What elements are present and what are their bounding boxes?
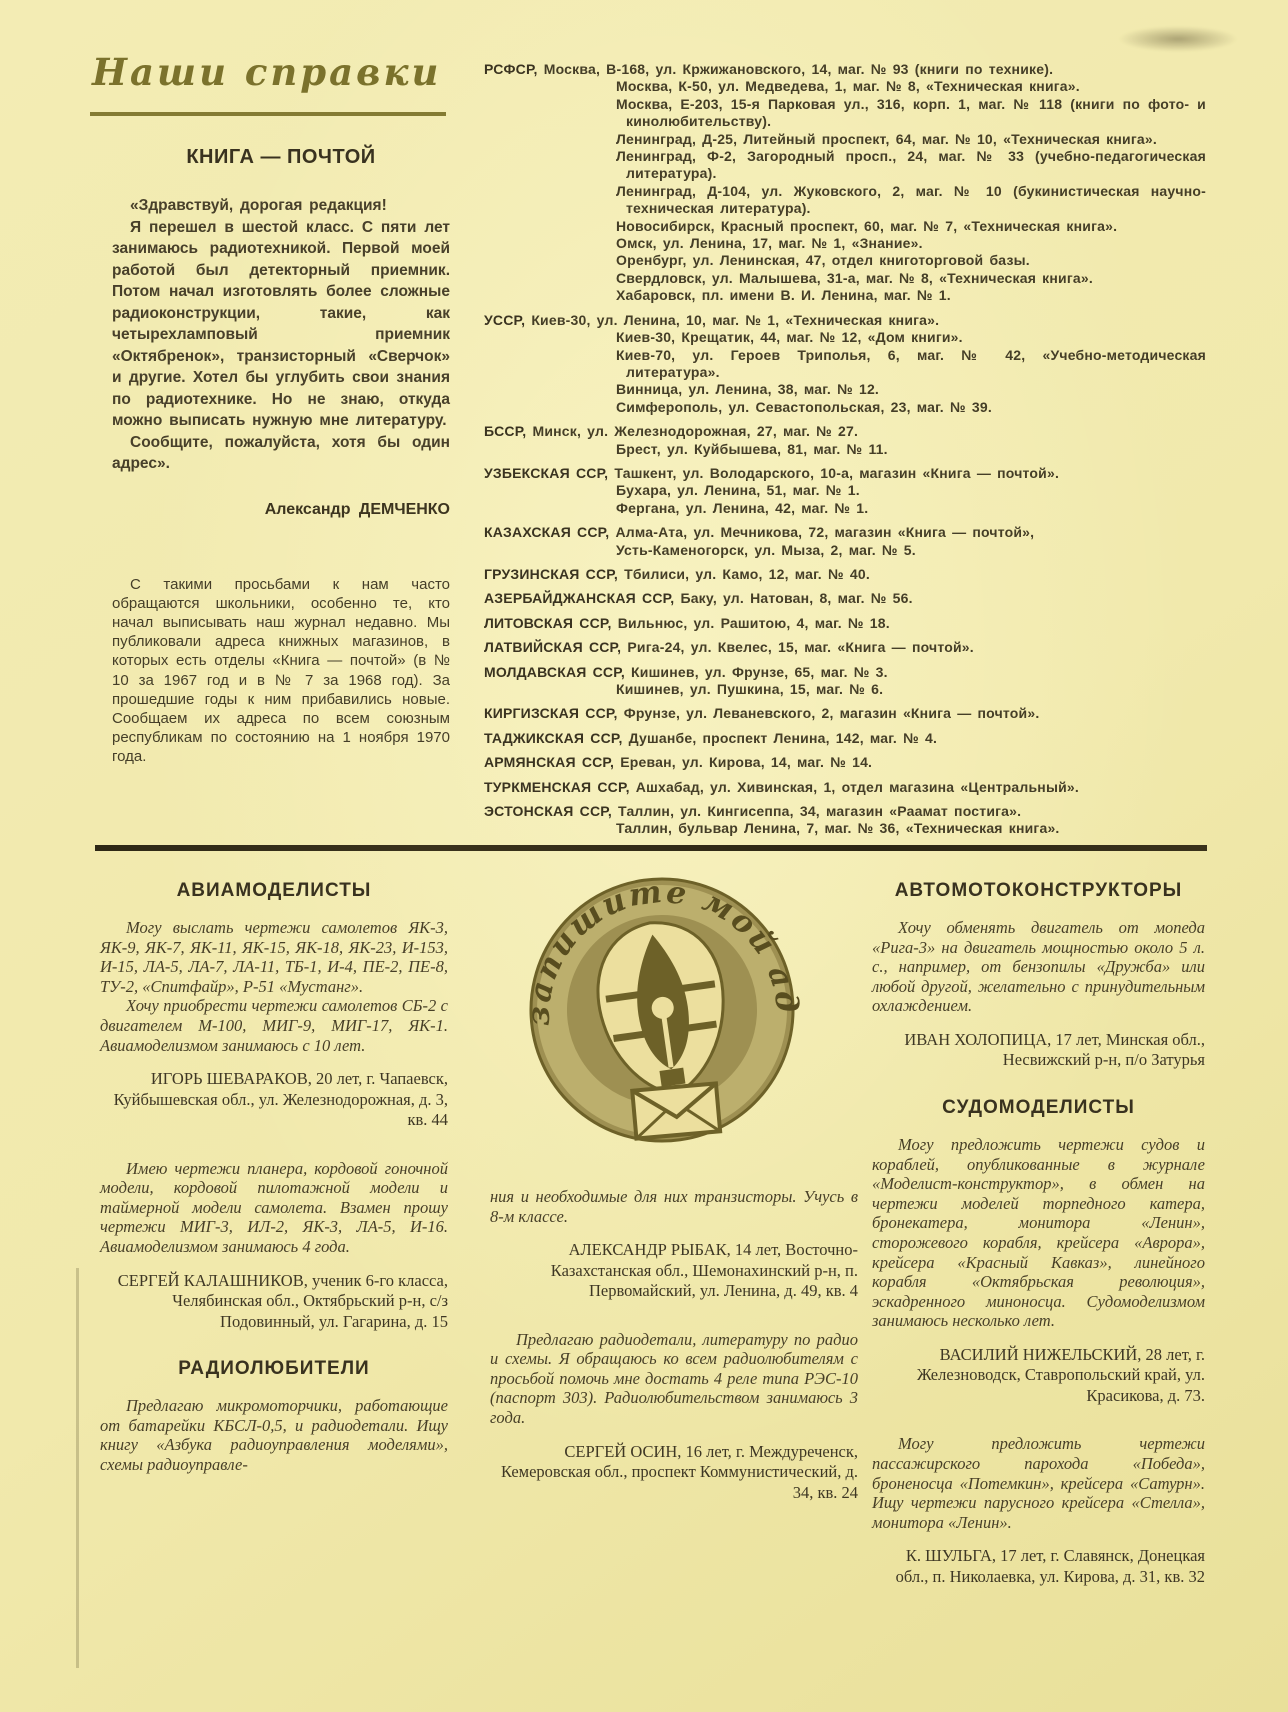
address-city-row: Москва, Е-203, 15-я Парковая ул., 316, к… bbox=[484, 96, 1206, 131]
region-name: ГРУЗИНСКАЯ ССР, bbox=[484, 566, 624, 582]
ad-paragraph: Предлагаю радиодетали, литературу по рад… bbox=[490, 1330, 858, 1428]
address-city-row: Хабаровск, пл. имени В. И. Ленина, маг. … bbox=[484, 287, 1206, 304]
ad-signature: ИВАН ХОЛОПИЦА, 17 лет, Минская обл., Нес… bbox=[872, 1030, 1205, 1071]
address-region-row: АЗЕРБАЙДЖАНСКАЯ ССР, Баку, ул. Натован, … bbox=[484, 590, 1206, 607]
bottom-middle-column: запишите мой адрес ния и необходимые для… bbox=[490, 858, 858, 1503]
ad-paragraph: ния и необходимые для них транзисторы. У… bbox=[490, 1187, 858, 1226]
address-city-row: Кишинев, ул. Пушкина, 15, маг. № 6. bbox=[484, 681, 1206, 698]
region-name: ТУРКМЕНСКАЯ ССР, bbox=[484, 779, 636, 795]
letter-paragraph: «Здравствуй, дорогая редакция! bbox=[112, 195, 450, 217]
address-region-row: РСФСР, Москва, В-168, ул. Кржижановского… bbox=[484, 61, 1206, 78]
masthead-rule bbox=[90, 112, 446, 116]
address-region-row: ГРУЗИНСКАЯ ССР, Тбилиси, ул. Камо, 12, м… bbox=[484, 566, 1206, 583]
address-region-row: КАЗАХСКАЯ ССР, Алма-Ата, ул. Мечникова, … bbox=[484, 524, 1206, 541]
scan-edge-line bbox=[76, 1268, 79, 1668]
region-name: АЗЕРБАЙДЖАНСКАЯ ССР, bbox=[484, 590, 680, 606]
address-region-row: БССР, Минск, ул. Железнодорожная, 27, ма… bbox=[484, 423, 1206, 440]
address-city-row: Бухара, ул. Ленина, 51, маг. № 1. bbox=[484, 482, 1206, 499]
address-city-row: Таллин, бульвар Ленина, 7, маг. № 36, «Т… bbox=[484, 820, 1206, 837]
address-city-row: Киев-70, ул. Героев Триполья, 6, маг. № … bbox=[484, 347, 1206, 382]
section-label: Наши справки bbox=[92, 50, 441, 94]
letter-paragraph: Сообщите, пожалуйста, хотя бы один адрес… bbox=[112, 432, 450, 475]
address-city-row: Омск, ул. Ленина, 17, маг. № 1, «Знание»… bbox=[484, 235, 1206, 252]
middle-column-text: ния и необходимые для них транзисторы. У… bbox=[490, 1187, 858, 1503]
region-name: УЗБЕКСКАЯ ССР, bbox=[484, 465, 614, 481]
letter-body: «Здравствуй, дорогая редакция!Я перешел … bbox=[112, 195, 450, 475]
address-city-row: Ленинград, Ф-2, Загородный просп., 24, м… bbox=[484, 148, 1206, 183]
address-region-row: УЗБЕКСКАЯ ССР, Ташкент, ул. Володарского… bbox=[484, 465, 1206, 482]
address-city-row: Усть-Каменогорск, ул. Мыза, 2, маг. № 5. bbox=[484, 542, 1206, 559]
section-heading: РАДИОЛЮБИТЕЛИ bbox=[100, 1358, 448, 1380]
bottom-left-column: АВИАМОДЕЛИСТЫМогу выслать чертежи самоле… bbox=[100, 876, 448, 1475]
address-city-row: Симферополь, ул. Севастопольская, 23, ма… bbox=[484, 399, 1206, 416]
ad-paragraph: Предлагаю микромоторчики, работающие от … bbox=[100, 1396, 448, 1474]
ad-signature: СЕРГЕЙ КАЛАШНИКОВ, ученик 6-го класса, Ч… bbox=[100, 1271, 448, 1333]
section-heading: СУДОМОДЕЛИСТЫ bbox=[872, 1097, 1205, 1119]
region-name: ТАДЖИКСКАЯ ССР, bbox=[484, 730, 629, 746]
region-name: КАЗАХСКАЯ ССР, bbox=[484, 524, 615, 540]
address-region-row: МОЛДАВСКАЯ ССР, Кишинев, ул. Фрунзе, 65,… bbox=[484, 664, 1206, 681]
ad-paragraph: Могу выслать чертежи самолетов ЯК-3, ЯК-… bbox=[100, 918, 448, 996]
region-name: ЭСТОНСКАЯ ССР, bbox=[484, 803, 618, 819]
magazine-page: Наши справки КНИГА — ПОЧТОЙ «Здравствуй,… bbox=[0, 0, 1288, 1712]
address-city-row: Оренбург, ул. Ленинская, 47, отдел книго… bbox=[484, 252, 1206, 269]
ad-signature: СЕРГЕЙ ОСИН, 16 лет, г. Междуреченск, Ке… bbox=[490, 1442, 858, 1504]
region-name: АРМЯНСКАЯ ССР, bbox=[484, 754, 620, 770]
address-list: РСФСР, Москва, В-168, ул. Кржижановского… bbox=[484, 54, 1206, 838]
region-name: БССР, bbox=[484, 423, 532, 439]
address-region-row: ЛИТОВСКАЯ ССР, Вильнюс, ул. Рашитою, 4, … bbox=[484, 615, 1206, 632]
ad-signature: ВАСИЛИЙ НИЖЕЛЬСКИЙ, 28 лет, г. Железново… bbox=[872, 1345, 1205, 1407]
letter-signature: Александр ДЕМЧЕНКО bbox=[112, 501, 450, 519]
address-region-row: ТАДЖИКСКАЯ ССР, Душанбе, проспект Ленина… bbox=[484, 730, 1206, 747]
address-region-row: УССР, Киев-30, ул. Ленина, 10, маг. № 1,… bbox=[484, 312, 1206, 329]
address-city-row: Фергана, ул. Ленина, 42, маг. № 1. bbox=[484, 500, 1206, 517]
ad-signature: АЛЕКСАНДР РЫБАК, 14 лет, Восточно-Казахс… bbox=[490, 1240, 858, 1302]
article-title: КНИГА — ПОЧТОЙ bbox=[112, 146, 450, 169]
address-city-row: Москва, К-50, ул. Медведева, 1, маг. № 8… bbox=[484, 78, 1206, 95]
kniga-pochtoy-article: КНИГА — ПОЧТОЙ «Здравствуй, дорогая реда… bbox=[112, 146, 450, 767]
section-heading: АВТОМОТОКОНСТРУКТОРЫ bbox=[872, 880, 1205, 902]
ad-paragraph: Могу предложить чертежи пассажирского па… bbox=[872, 1434, 1205, 1532]
address-city-row: Ленинград, Д-104, ул. Жуковского, 2, маг… bbox=[484, 183, 1206, 218]
address-region-row: АРМЯНСКАЯ ССР, Ереван, ул. Кирова, 14, м… bbox=[484, 754, 1206, 771]
address-region-row: ТУРКМЕНСКАЯ ССР, Ашхабад, ул. Хивинская,… bbox=[484, 779, 1206, 796]
address-city-row: Свердловск, ул. Малышева, 31-а, маг. № 8… bbox=[484, 270, 1206, 287]
ad-paragraph: Имею чертежи планера, кордовой гоночной … bbox=[100, 1159, 448, 1257]
address-city-row: Ленинград, Д-25, Литейный проспект, 64, … bbox=[484, 131, 1206, 148]
scan-smudge bbox=[1118, 26, 1238, 52]
address-region-row: ЭСТОНСКАЯ ССР, Таллин, ул. Кингисеппа, 3… bbox=[484, 803, 1206, 820]
address-city-row: Брест, ул. Куйбышева, 81, маг. № 11. bbox=[484, 441, 1206, 458]
ad-paragraph: Хочу обменять двигатель от мопеда «Рига-… bbox=[872, 918, 1205, 1016]
region-name: РСФСР, bbox=[484, 61, 544, 77]
letter-paragraph: Я перешел в шестой класс. С пяти лет зан… bbox=[112, 217, 450, 432]
envelope-icon bbox=[632, 1083, 720, 1138]
bottom-right-column: АВТОМОТОКОНСТРУКТОРЫХочу обменять двигат… bbox=[872, 876, 1205, 1587]
ad-signature: ИГОРЬ ШЕВАРАКОВ, 20 лет, г. Чапаевск, Ку… bbox=[100, 1069, 448, 1131]
section-heading: АВИАМОДЕЛИСТЫ bbox=[100, 880, 448, 902]
address-city-row: Киев-30, Крещатик, 44, маг. № 12, «Дом к… bbox=[484, 329, 1206, 346]
ad-paragraph: Могу предложить чертежи судов и кораблей… bbox=[872, 1135, 1205, 1331]
ad-signature: К. ШУЛЬГА, 17 лет, г. Славянск, Донецкая… bbox=[872, 1546, 1205, 1587]
editorial-paragraph: С такими просьбами к нам часто обращаютс… bbox=[112, 575, 450, 767]
address-region-row: ЛАТВИЙСКАЯ ССР, Рига-24, ул. Квелес, 15,… bbox=[484, 639, 1206, 656]
section-divider bbox=[95, 845, 1207, 851]
region-name: ЛИТОВСКАЯ ССР, bbox=[484, 615, 618, 631]
zapishite-moy-adres-emblem: запишите мой адрес bbox=[512, 858, 812, 1160]
region-name: МОЛДАВСКАЯ ССР, bbox=[484, 664, 631, 680]
ad-paragraph: Хочу приобрести чертежи самолетов СБ-2 с… bbox=[100, 996, 448, 1055]
region-name: КИРГИЗСКАЯ ССР, bbox=[484, 705, 624, 721]
address-city-row: Винница, ул. Ленина, 38, маг. № 12. bbox=[484, 381, 1206, 398]
address-region-row: КИРГИЗСКАЯ ССР, Фрунзе, ул. Леваневского… bbox=[484, 705, 1206, 722]
region-name: ЛАТВИЙСКАЯ ССР, bbox=[484, 639, 627, 655]
address-city-row: Новосибирск, Красный проспект, 60, маг. … bbox=[484, 218, 1206, 235]
region-name: УССР, bbox=[484, 312, 531, 328]
